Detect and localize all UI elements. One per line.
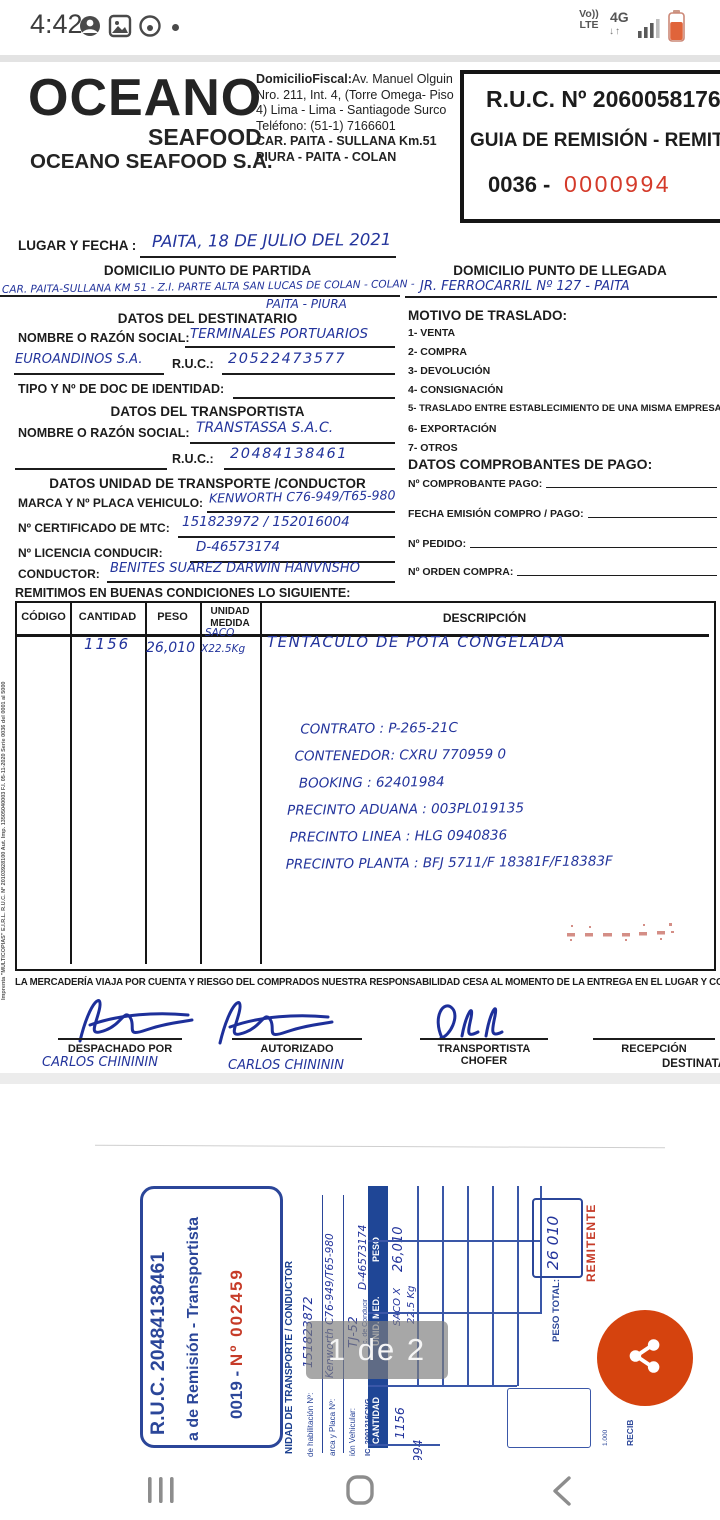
firma-label-despachado: DESPACHADO POR (58, 1043, 182, 1055)
items-table: CÓDIGO CANTIDAD PESO UNIDAD MEDIDA DESCR… (15, 601, 716, 971)
comprobante-field-label: Nº PEDIDO: (408, 538, 466, 550)
fiscal-address-line6: PIURA - PAITA - COLAN (256, 150, 462, 166)
motivo-item: 1- VENTA (408, 327, 455, 339)
comprobante-field: Nº ORDEN COMPRA: (408, 565, 717, 578)
firma-label-recepcion: RECEPCIÓN (593, 1043, 715, 1055)
table-column-line (200, 603, 202, 964)
share-button[interactable] (597, 1310, 693, 1406)
comprobante-field: FECHA EMISIÓN COMPRO / PAGO: (408, 507, 717, 520)
home-button[interactable] (346, 1475, 374, 1510)
doc2-empty-cell-box (507, 1388, 591, 1448)
table-column-line (145, 603, 147, 964)
network-arrows-icon: ↓↑ (609, 26, 621, 37)
column-header-descripcion: DESCRIPCIÓN (260, 611, 709, 625)
licencia-value: D-46573174 (196, 539, 280, 555)
certificado-mtc-label: Nº CERTIFICADO DE MTC: (18, 521, 170, 535)
doc2-peso-total-value: 26 010 (544, 1204, 562, 1270)
row-unidad-line2: X22.5Kg (201, 643, 245, 655)
transportista-ruc-value: 20484138461 (230, 446, 348, 462)
status-time: 4:42 (30, 9, 83, 40)
note-booking: BOOKING : 62401984 (299, 767, 612, 797)
doc2-serie-row: 0019 - Nº 002459 (227, 1207, 247, 1419)
comprobante-field-label: FECHA EMISIÓN COMPRO / PAGO: (408, 508, 584, 520)
lugar-fecha-value: PAITA, 18 DE JULIO DEL 2021 (152, 230, 392, 251)
signature-rule (420, 1038, 548, 1040)
doc2-title: a de Remisión - Transportista (185, 1191, 203, 1441)
comprobante-field-label: Nº ORDEN COMPRA: (408, 566, 513, 578)
fiscal-address-line5: CAR. PAITA - SULLANA Km.51 (256, 134, 462, 150)
serie-number: 0036 - (488, 172, 550, 198)
doc2-grid-line (368, 1385, 517, 1387)
destinatario-nombre-label: NOMBRE O RAZÓN SOCIAL: (18, 331, 190, 345)
note-contenedor: CONTENEDOR: CXRU 770959 0 (294, 740, 611, 770)
page-indicator-overlay: 1 de 2 (306, 1321, 448, 1379)
notification-avatar-icon (78, 14, 102, 43)
phone-screen: 4:42 Vo)) LTE 4G ↓↑ (0, 0, 720, 1520)
fiscal-address-line1: Av. Manuel Olguin (352, 72, 453, 86)
motivo-title: MOTIVO DE TRASLADO: (408, 308, 567, 323)
motivo-item: 6- EXPORTACIÓN (408, 423, 496, 435)
blank-line (517, 565, 717, 576)
volte-indicator: Vo)) LTE (574, 9, 604, 31)
underline (233, 397, 395, 399)
doc2-table-header-band: PESO UNID. MED. CANTIDAD (368, 1186, 388, 1448)
transportista-ruc-label: R.U.C.: (172, 452, 214, 466)
signature-rule (593, 1038, 715, 1040)
doc1-top-scan-edge (0, 55, 720, 62)
doc2-peso-total-box: 26 010 (532, 1198, 583, 1278)
column-header-cantidad: CANTIDAD (70, 611, 145, 623)
llegada-title: DOMICILIO PUNTO DE LLEGADA (405, 263, 715, 278)
row-cantidad: 1156 (84, 635, 130, 653)
network-type: 4G (610, 9, 629, 25)
column-header-unidad: UNIDAD (200, 606, 260, 617)
note-precinto-aduana: PRECINTO ADUANA : 003PL019135 (287, 794, 612, 824)
comprobante-field-label: Nº COMPROBANTE PAGO: (408, 478, 542, 490)
firma-label-chofer: TRANSPORTISTA CHOFER (420, 1043, 548, 1067)
destinatario-title: DATOS DEL DESTINATARIO (15, 311, 400, 326)
marca-placa-label: MARCA Y Nº PLACA VEHICULO: (18, 496, 203, 510)
company-logo-subtitle: SEAFOOD (148, 124, 262, 151)
screen-recorder-notification-icon (138, 14, 162, 43)
doc2-vehicular-label: ión Vehicular: (348, 1388, 357, 1456)
doc2-numero: Nº 002459 (227, 1268, 246, 1366)
licencia-label: Nº LICENCIA CONDUCIR: (18, 546, 163, 560)
underline (178, 536, 395, 538)
transportista-nombre-value: TRANSTASSA S.A.C. (196, 420, 333, 436)
fiscal-address-line3: 4) Lima - Lima - Santiagode Surco (256, 103, 462, 119)
llegada-value: JR. FERROCARRIL Nº 127 - PAITA (420, 279, 630, 294)
underline (14, 373, 164, 375)
underline (405, 296, 717, 298)
motivo-item: 2- COMPRA (408, 346, 467, 358)
doc2-placa-label: arca y Placa Nº: (328, 1380, 337, 1456)
motivo-item: 3- DEVOLUCIÓN (408, 365, 490, 377)
table-column-line (70, 603, 72, 964)
firma-name-autorizado: CARLOS CHINININ (228, 1058, 344, 1073)
table-column-line (260, 603, 262, 964)
printer-side-print: Imprenta "MULTICOPIAS" E.I.R.L. R.U.C. N… (1, 598, 7, 1000)
comprobante-field: Nº PEDIDO: (408, 537, 717, 550)
firma-label-autorizado: AUTORIZADO (232, 1043, 362, 1055)
underline (107, 581, 395, 583)
share-icon (622, 1333, 668, 1384)
underline (222, 373, 395, 375)
doc2-section-title: NIDAD DE TRANSPORTE / CONDUCTOR (284, 1192, 295, 1454)
fiscal-address-line2: Nro. 211, Int. 4, (Torre Omega- Piso (256, 88, 462, 104)
tipo-doc-label: TIPO Y Nº DE DOC DE IDENTIDAD: (18, 382, 224, 396)
battery-icon (668, 10, 685, 47)
doc2-remitente-label: REMITENTE (584, 1194, 598, 1282)
ruc-number: R.U.C. Nº 2060058176 (486, 86, 720, 113)
doc2-grid-line (517, 1186, 519, 1386)
doc2-grid-line (492, 1186, 494, 1386)
footer-disclaimer: LA MERCADERÍA VIAJA POR CUENTA Y RIESGO … (15, 977, 717, 988)
destinatario-nombre-value: TERMINALES PORTUARIOS (190, 326, 368, 342)
underline (185, 346, 395, 348)
more-notifications-dot-icon (172, 24, 179, 31)
doc2-grid-line (368, 1240, 540, 1242)
comprobantes-title: DATOS COMPROBANTES DE PAGO: (408, 456, 652, 472)
signature-rule (58, 1038, 182, 1040)
row-unidad-line1: SACO (205, 627, 234, 639)
doc2-recibi-label: RECIB (625, 1398, 635, 1446)
status-bar: 4:42 Vo)) LTE 4G ↓↑ (0, 0, 720, 55)
column-header-peso: PESO (145, 611, 200, 623)
handwritten-notes: CONTRATO : P-265-21C CONTENEDOR: CXRU 77… (288, 713, 613, 878)
doc1-bottom-scan-edge (0, 1073, 720, 1084)
back-button[interactable] (552, 1476, 572, 1511)
note-precinto-linea: PRECINTO LINEA : HLG 0940836 (289, 821, 612, 851)
destinatario-ruc-label: R.U.C.: (172, 357, 214, 371)
column-header-codigo: CÓDIGO (17, 611, 70, 623)
certificado-mtc-value: 151823972 / 152016004 (182, 514, 350, 530)
signal-strength-icon (638, 13, 662, 44)
motivo-item: 7- OTROS (408, 442, 458, 454)
underline (140, 256, 396, 258)
doc2-row-cantidad: 1156 (392, 1383, 407, 1439)
blank-line (546, 477, 717, 488)
conductor-label: CONDUCTOR: (18, 567, 100, 581)
motivo-item: 4- CONSIGNACIÓN (408, 384, 503, 396)
company-logo-title: OCEANO (28, 68, 262, 128)
doc2-header-box: R.U.C. 20484138461 a de Remisión - Trans… (140, 1186, 283, 1448)
row-peso: 26,010 (146, 640, 195, 656)
doc2-peso-total-label: PESO TOTAL: (551, 1280, 562, 1342)
underline (224, 468, 395, 470)
partida-value-line2: PAITA - PIURA (266, 297, 347, 311)
paper-edge-line (95, 1145, 665, 1148)
destinatario-ruc-value: 20522473577 (228, 351, 346, 367)
doc2-mil-print: 1.000 (602, 1406, 609, 1446)
destinatario-corner-label: DESTINATARIO (662, 1058, 720, 1070)
signature-rule (232, 1038, 362, 1040)
comprobante-field: Nº COMPROBANTE PAGO: (408, 477, 717, 490)
conductor-value: BENITES SUAREZ DARWIN HANVNSHO (110, 561, 360, 576)
partida-title: DOMICILIO PUNTO DE PARTIDA (15, 263, 400, 278)
doc2-row-peso: 26,010 (391, 1192, 406, 1272)
red-stamp-marks (565, 923, 685, 943)
doc2-grid-line (368, 1312, 540, 1314)
gallery-notification-icon (108, 14, 132, 43)
doc2-serie: 0019 - (227, 1366, 246, 1419)
row-descripcion: TENTACULO DE POTA CONGELADA (267, 633, 566, 651)
lugar-fecha-label: LUGAR Y FECHA : (18, 238, 136, 253)
volte-line2: LTE (574, 20, 604, 31)
motivo-item: 5- TRASLADO ENTRE ESTABLECIMIENTO DE UNA… (408, 403, 720, 414)
blank-line (588, 507, 717, 518)
remitimos-label: REMITIMOS EN BUENAS CONDICIONES LO SIGUI… (15, 586, 350, 600)
guide-number: 0000994 (564, 171, 671, 198)
transportista-title: DATOS DEL TRANSPORTISTA (15, 404, 400, 419)
note-precinto-planta: PRECINTO PLANTA : BFJ 5711/F 18381F/F183… (286, 848, 613, 878)
underline (207, 511, 395, 513)
recents-button[interactable] (146, 1476, 176, 1509)
doc-type-title: GUIA DE REMISIÓN - REMITENTE (470, 130, 720, 152)
destinatario-nombre-value2: EUROANDINOS S.A. (15, 352, 142, 367)
blank-line (470, 537, 717, 548)
fiscal-address-line4: Teléfono: (51-1) 7166601 (256, 119, 462, 135)
partida-value-line1: CAR. PAITA-SULLANA KM 51 - Z.I. PARTE AL… (2, 278, 415, 296)
doc2-row-unid-line2: 22.5 Kg (406, 1268, 417, 1324)
doc2-hab-label: de habilitación Nº: (306, 1375, 315, 1457)
doc2-row-unid-line1: SACO X (392, 1266, 403, 1326)
ruc-box: R.U.C. Nº 2060058176 GUIA DE REMISIÓN - … (460, 70, 720, 223)
doc2-grid-line (368, 1444, 440, 1446)
fiscal-address-block: DomicilioFiscal:Av. Manuel Olguin Nro. 2… (256, 72, 462, 165)
doc2-column-peso: PESO (371, 1192, 381, 1262)
doc2-ruc: R.U.C. 20484138461 (147, 1197, 170, 1435)
doc2-grid-line (467, 1186, 469, 1386)
firma-name-despachado: CARLOS CHINININ (42, 1055, 158, 1070)
underline (190, 442, 395, 444)
underline (15, 468, 167, 470)
marca-placa-value: KENWORTH C76-949/T65-980 (209, 487, 396, 505)
transportista-nombre-label: NOMBRE O RAZÓN SOCIAL: (18, 426, 190, 440)
note-contrato: CONTRATO : P-265-21C (300, 713, 611, 743)
company-name: OCEANO SEAFOOD S.A. (30, 150, 273, 174)
navigation-bar (0, 1460, 720, 1520)
fiscal-address-label: DomicilioFiscal: (256, 72, 352, 86)
